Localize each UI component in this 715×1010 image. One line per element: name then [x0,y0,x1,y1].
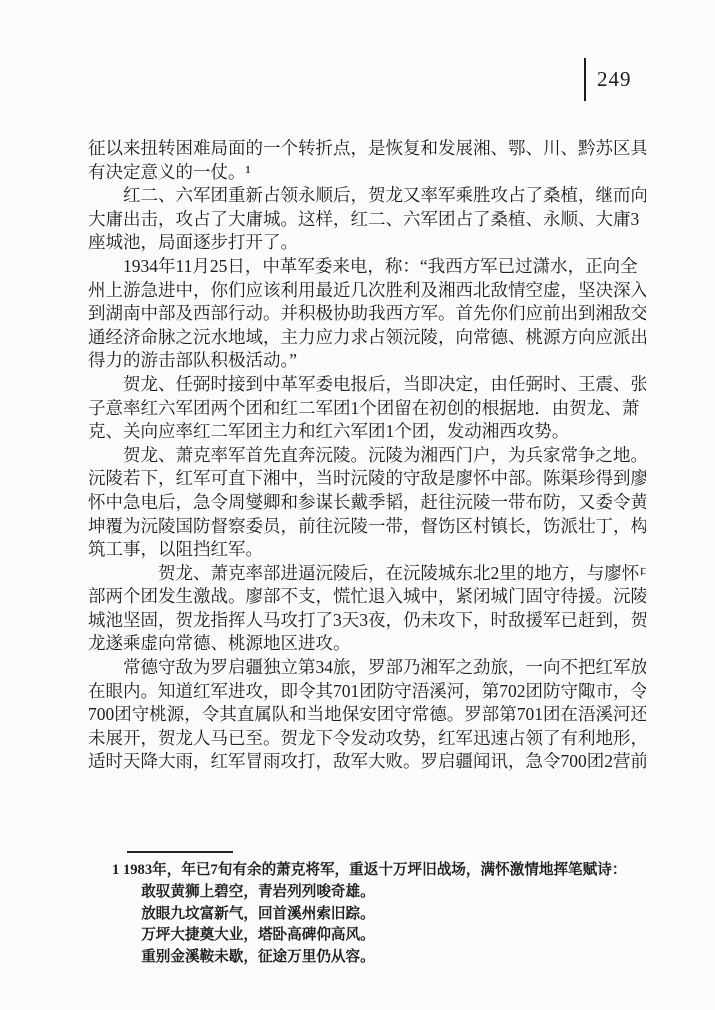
footnote-line: 敢驭黄狮上碧空，青岩列列唆奇雄。 [112,882,657,904]
body-text-line: 适时天降大雨，红军冒雨攻打，敌军大败。罗启疆闻讯，急令700团2营前 [88,750,646,774]
body-text-line: 通经济命脉之沅水地域，主力应力求占领沅陵，向常德、桃源方向应派出 [88,326,646,350]
body-text-line: 得力的游击部队积极活动。” [88,349,646,373]
body-text-line: 州上游急进中，你们应该利用最近几次胜利及湘西北敌情空虚，坚决深入 [88,279,646,303]
body-text-line: 筑工事，以阻挡红军。 [88,538,646,562]
body-text-line: 征以来扭转困难局面的一个转折点，是恢复和发展湘、鄂、川、黔苏区具 [88,137,646,161]
body-text-line: 克、关向应率红二军团主力和红六军团1个团，发动湘西攻势。 [88,420,646,444]
body-text-line: 沅陵若下，红军可直下湘中，当时沅陵的守敌是廖怀中部。陈渠珍得到廖 [88,467,646,491]
page-number-divider [584,58,586,101]
body-text-line: 坤覆为沅陵国防督察委员，前往沅陵一带，督饬区村镇长，饬派壮丁，构 [88,515,646,539]
body-text: 征以来扭转困难局面的一个转折点，是恢复和发展湘、鄂、川、黔苏区具有决定意义的一仗… [88,137,646,797]
body-text-line: 座城池，局面逐步打开了。 [88,231,646,255]
body-text-line: 1934年11月25日，中革军委来电，称：“我西方军已过潇水，正向全 [88,255,646,279]
page-number: 249 [597,67,632,92]
body-text-line: 有决定意义的一仗。¹ [88,161,646,185]
body-text-line: 龙遂乘虚向常德、桃源地区进攻。 [88,632,646,656]
body-text-line: 城池坚固，贺龙指挥人马攻打了3天3夜，仍未攻下，时敌援军已赶到，贺 [88,609,646,633]
footnote-separator [127,851,233,853]
body-text-line: 子意率红六军团两个团和红二军团1个团留在初创的根据地．由贺龙、萧 [88,397,646,421]
body-text-line: 怀中急电后，急令周燮卿和参谋长戴季韬，赶往沅陵一带布防，又委令黄 [88,491,646,515]
footnote-line: 重别金溪鞍未歇，征途万里仍从容。 [112,947,657,969]
page-number-block: 249 [584,58,632,101]
book-page: 249 征以来扭转困难局面的一个转折点，是恢复和发展湘、鄂、川、黔苏区具有决定意… [0,0,715,1010]
body-text-line: 700团守桃源，令其直属队和当地保安团守常德。罗部第701团在浯溪河还 [88,703,646,727]
body-text-line: 红二、六军团重新占领永顺后，贺龙又率军乘胜攻占了桑植，继而向 [88,184,646,208]
footnote-line: 1 1983年，年已7旬有余的萧克将军，重返十万坪旧战场，满怀激情地挥笔赋诗： [112,860,657,882]
body-text-line: 大庸出击，攻占了大庸城。这样，红二、六军团占了桑植、永顺、大庸3 [88,208,646,232]
body-text-line: 部两个团发生激战。廖部不支，慌忙退入城中，紧闭城门固守待援。沅陵 [88,585,646,609]
body-text-line: 在眼内。知道红军进攻，即令其701团防守浯溪河，第702团防守陬市，令 [88,680,646,704]
body-text-line: 未展开，贺龙人马已至。贺龙下令发动攻势，红军迅速占领了有利地形， [88,727,646,751]
footnote: 1 1983年，年已7旬有余的萧克将军，重返十万坪旧战场，满怀激情地挥笔赋诗： … [112,860,657,969]
body-text-line: 贺龙、萧克率军首先直奔沅陵。沅陵为湘西门户，为兵家常争之地。 [88,444,646,468]
body-text-line: 贺龙、萧克率部进逼沅陵后，在沅陵城东北2里的地方，与廖怀中 [88,562,646,586]
body-text-line: 常德守敌为罗启疆独立第34旅，罗部乃湘军之劲旅，一向不把红军放 [88,656,646,680]
footnote-line: 万坪大捷奠大业，塔卧高碑仰高风。 [112,925,657,947]
footnote-line: 放眼九坟富新气，回首溪州索旧踪。 [112,904,657,926]
body-text-line: 贺龙、任弼时接到中革军委电报后，当即决定，由任弼时、王震、张 [88,373,646,397]
body-text-line: 到湖南中部及西部行动。并积极协助我西方军。首先你们应前出到湘敌交 [88,302,646,326]
